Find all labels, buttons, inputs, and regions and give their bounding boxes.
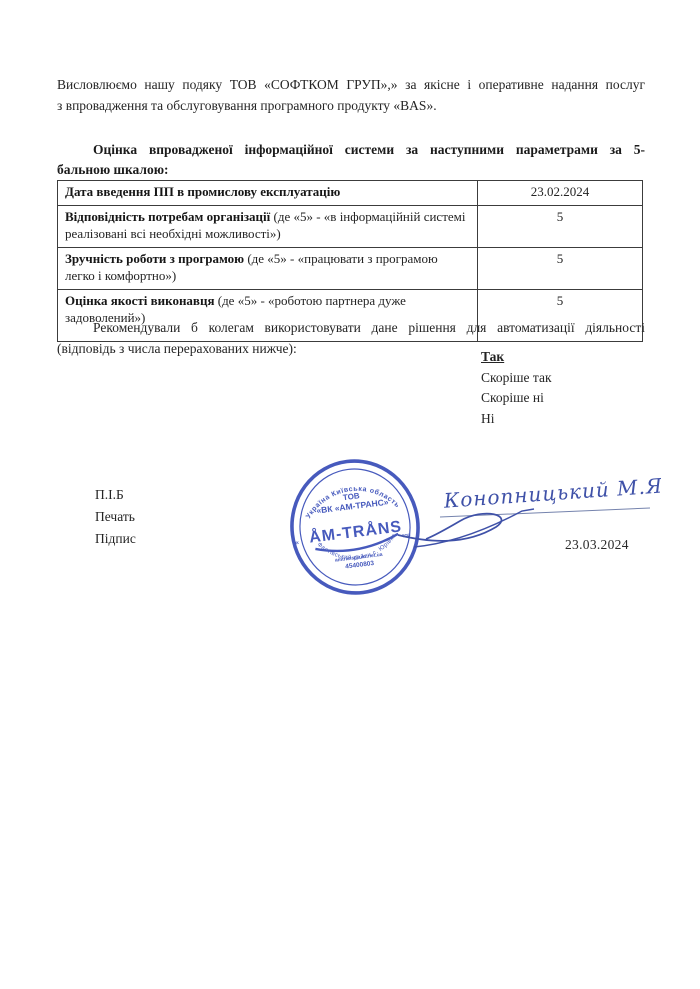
criteria-cell: Відповідність потребам організації (де «… [58,205,478,247]
label-full-name: П.І.Б [95,484,136,506]
intro-line-1: Висловлюємо нашу подяку ТОВ «СОФТКОМ ГРУ… [57,74,645,95]
intro-paragraph: Висловлюємо нашу подяку ТОВ «СОФТКОМ ГРУ… [57,74,645,116]
option-yes-selected: Так [481,347,552,368]
table-row: Дата введення ПП в промислову експлуатац… [58,181,643,206]
signature-graphic: Конопницький М.Я. [396,455,661,550]
option-no: Ні [481,409,552,430]
stamp-logo-left-tag: ВК [293,540,299,546]
label-stamp: Печать [95,506,136,528]
value-cell: 5 [478,247,643,289]
option-rather-no: Скоріше ні [481,388,552,409]
option-rather-yes: Скоріше так [481,368,552,389]
signature-block: Конопницький М.Я. [396,455,661,550]
recommendation-line-2: (відповідь з числа перерахованих нижче): [57,338,645,359]
footer-labels: П.І.Б Печать Підпис [95,484,136,550]
criteria-label: Оцінка якості виконавця [65,293,214,308]
value-cell: 23.02.2024 [478,181,643,206]
recommendation-paragraph: Рекомендували б колегам використовувати … [57,317,645,359]
table-row: Відповідність потребам організації (де «… [58,205,643,247]
criteria-cell: Зручність роботи з програмою (де «5» - «… [58,247,478,289]
criteria-label: Дата введення ПП в промислову експлуатац… [65,184,340,199]
document-date: 23.03.2024 [565,537,629,553]
answer-options: Так Скоріше так Скоріше ні Ні [481,347,552,430]
signature-name-text: Конопницький М.Я. [442,473,661,513]
criteria-label: Зручність роботи з програмою [65,251,244,266]
recommendation-line-1: Рекомендували б колегам використовувати … [57,317,645,338]
heading-line-1: Оцінка впровадженої інформаційної систем… [57,140,645,160]
criteria-label: Відповідність потребам організації [65,209,270,224]
intro-line-2: з впровадження та обслуговування програм… [57,95,645,116]
signature-flourish [398,514,501,541]
heading-line-2: бальною шкалою: [57,160,645,180]
label-signature: Підпис [95,528,136,550]
section-heading: Оцінка впровадженої інформаційної систем… [57,140,645,180]
table-row: Зручність роботи з програмою (де «5» - «… [58,247,643,289]
value-cell: 5 [478,205,643,247]
criteria-cell: Дата введення ПП в промислову експлуатац… [58,181,478,206]
document-page: Висловлюємо нашу подяку ТОВ «СОФТКОМ ГРУ… [0,0,700,989]
